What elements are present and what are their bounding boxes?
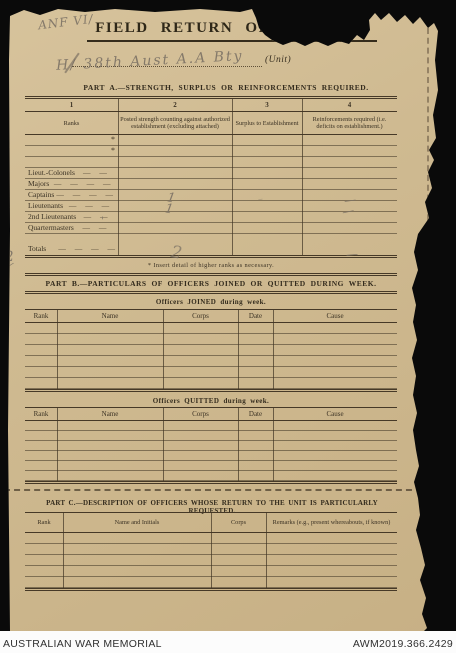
entry-cell — [57, 378, 163, 388]
column-header: Reinforcements required (i.e. deficits o… — [302, 112, 397, 134]
entry-cell — [25, 577, 63, 587]
column-header: Corps — [163, 408, 238, 420]
entry-cell — [118, 135, 232, 145]
entry-cell — [57, 334, 163, 344]
rank-label: 2nd Lieutenants — [28, 212, 76, 222]
column-divider — [118, 99, 119, 255]
higher-rank-asterisk: * — [111, 135, 115, 145]
column-header: Cause — [273, 408, 397, 420]
entry-cell — [25, 421, 57, 430]
column-header: Name — [57, 408, 163, 420]
entry-cell — [238, 471, 273, 480]
rank-label: Lieut.-Colonels — [28, 168, 75, 178]
entry-cell — [163, 356, 238, 366]
column-header: Surplus to Establishment — [232, 112, 302, 134]
entry-cell — [273, 367, 397, 377]
part-a-heading: PART A.—STRENGTH, SURPLUS OR REINFORCEME… — [0, 83, 452, 92]
entry-cell — [63, 544, 211, 554]
entry-cell — [273, 323, 397, 333]
entry-cell — [118, 146, 232, 156]
rank-row: 2nd Lieutenants— — — [25, 212, 397, 223]
column-divider — [57, 408, 58, 481]
part-b-heading-block: PART B.—PARTICULARS OF OFFICERS JOINED O… — [25, 276, 397, 294]
part-b-heading: PART B.—PARTICULARS OF OFFICERS JOINED O… — [25, 276, 397, 291]
entry-cell — [163, 441, 238, 450]
entry-cell — [273, 334, 397, 344]
column-header: Date — [238, 310, 273, 322]
entry-cell — [57, 323, 163, 333]
week-table-title: Officers JOINED during week. — [25, 294, 397, 310]
officers-joined-table: Officers JOINED during week.RankNameCorp… — [25, 294, 397, 392]
column-divider — [57, 310, 58, 389]
column-header: Posted strength counting against authori… — [118, 112, 232, 134]
form-title: FIELD RETURN OF OFFICERS — [87, 20, 377, 42]
column-header: Rank — [25, 513, 63, 532]
totals-row: Totals— — — — — [25, 241, 397, 255]
part-a-footnote: * Insert detail of higher ranks as neces… — [25, 258, 397, 273]
dashed-separator — [4, 489, 422, 491]
entry-cell — [211, 555, 266, 565]
entry-cell — [57, 421, 163, 430]
entry-cell — [273, 378, 397, 388]
dash-leaders: — — — [84, 212, 108, 222]
entry-cell — [163, 367, 238, 377]
column-header: Rank — [25, 310, 57, 322]
rule — [25, 588, 397, 591]
entry-cell — [63, 566, 211, 576]
entry-cell — [211, 577, 266, 587]
rank-label: Lieutenants — [28, 201, 63, 211]
entry-cell — [163, 451, 238, 460]
empty-row — [25, 323, 397, 334]
entry-cell — [118, 168, 232, 178]
entry-cell — [25, 334, 57, 344]
column-divider — [163, 408, 164, 481]
entry-cell — [57, 441, 163, 450]
footer-accession-number: AWM2019.366.2429 — [353, 638, 453, 650]
entry-cell — [118, 201, 232, 211]
part-a-grid: 1234RanksPosted strength counting agains… — [25, 99, 397, 255]
entry-cell — [238, 441, 273, 450]
entry-cell — [238, 451, 273, 460]
rank-label: Captains — [28, 190, 54, 200]
entry-cell — [57, 345, 163, 355]
column-divider — [211, 512, 212, 588]
column-number: 4 — [302, 99, 397, 111]
officers-quitted-table: Officers QUITTED during week.RankNameCor… — [25, 395, 397, 484]
entry-cell — [273, 356, 397, 366]
column-divider — [273, 408, 274, 481]
document-paper: FIELD RETURN OF OFFICERS (Unit) PART A.—… — [0, 0, 456, 631]
column-divider — [302, 99, 303, 255]
rank-cell: Lieut.-Colonels— — — [25, 168, 118, 178]
empty-row — [25, 356, 397, 367]
entry-cell — [266, 566, 397, 576]
higher-rank-asterisk: * — [111, 146, 115, 156]
rank-row: Captains— — — — — [25, 190, 397, 201]
entry-cell — [25, 471, 57, 480]
dash-leaders: — — — [83, 168, 107, 178]
entry-cell — [273, 441, 397, 450]
handwritten-totals-dash: — — [345, 247, 358, 262]
part-a-number-row: 1234 — [25, 99, 397, 112]
dash-leaders: — — — — — [58, 241, 115, 255]
empty-row — [25, 431, 397, 441]
column-header: Rank — [25, 408, 57, 420]
part-c-grid: RankName and InitialsCorpsRemarks (e.g.,… — [25, 512, 397, 588]
entry-cell — [273, 345, 397, 355]
entry-cell — [232, 157, 302, 167]
entry-cell — [163, 345, 238, 355]
entry-cell — [163, 461, 238, 470]
entry-cell — [232, 168, 302, 178]
entry-cell — [57, 356, 163, 366]
entry-cell — [118, 157, 232, 167]
scan-stage: FIELD RETURN OF OFFICERS (Unit) PART A.—… — [0, 0, 456, 653]
entry-cell — [163, 431, 238, 440]
rank-cell: * — [25, 146, 118, 156]
entry-cell — [232, 146, 302, 156]
entry-cell — [238, 367, 273, 377]
entry-cell — [57, 471, 163, 480]
entry-cell — [238, 356, 273, 366]
rank-cell — [25, 157, 118, 167]
empty-row — [25, 367, 397, 378]
entry-cell — [25, 555, 63, 565]
column-header: Remarks (e.g., present whereabouts, if k… — [266, 513, 397, 532]
entry-cell — [232, 212, 302, 222]
entry-cell — [302, 179, 397, 189]
entry-cell — [25, 345, 57, 355]
entry-cell — [238, 323, 273, 333]
totals-gap — [25, 234, 397, 241]
entry-cell — [163, 323, 238, 333]
entry-cell — [238, 461, 273, 470]
entry-cell — [163, 471, 238, 480]
empty-row — [25, 421, 397, 431]
totals-label: Totals — [28, 241, 46, 255]
entry-cell — [266, 533, 397, 543]
entry-cell — [163, 334, 238, 344]
week-table-header-row: RankNameCorpsDateCause — [25, 310, 397, 323]
entry-cell — [25, 431, 57, 440]
footer-bar: AUSTRALIAN WAR MEMORIAL AWM2019.366.2429 — [0, 631, 456, 653]
rank-cell: * — [25, 135, 118, 145]
entry-cell — [232, 241, 302, 255]
rank-cell: Majors— — — — — [25, 179, 118, 189]
entry-cell — [302, 223, 397, 233]
totals-cell: Totals— — — — — [25, 241, 118, 255]
rank-cell: Captains— — — — — [25, 190, 118, 200]
entry-cell — [57, 431, 163, 440]
week-table-title: Officers QUITTED during week. — [25, 395, 397, 408]
entry-cell — [266, 577, 397, 587]
column-divider — [266, 512, 267, 588]
part-a-header-row: RanksPosted strength counting against au… — [25, 112, 397, 135]
entry-cell — [163, 378, 238, 388]
rule — [25, 389, 397, 392]
entry-cell — [25, 566, 63, 576]
entry-cell — [57, 461, 163, 470]
entry-cell — [63, 577, 211, 587]
dash-leaders: — — — — [69, 201, 109, 211]
entry-cell — [63, 555, 211, 565]
handwritten-margin-tick-2: 1 — [3, 204, 13, 218]
rank-label: Majors — [28, 179, 49, 189]
entry-cell — [273, 451, 397, 460]
entry-cell — [63, 533, 211, 543]
handwritten-reinforcements-dash-2: — — [341, 203, 356, 219]
perforation-line — [427, 28, 429, 230]
entry-cell — [57, 451, 163, 460]
column-divider — [273, 310, 274, 389]
rule — [25, 481, 397, 484]
entry-cell — [232, 190, 302, 200]
dash-leaders: — — — — — [54, 179, 111, 189]
week-table-grid: RankNameCorpsDateCause — [25, 408, 397, 481]
column-divider — [232, 99, 233, 255]
rank-cell: Quartermasters— — — [25, 223, 118, 233]
column-number: 2 — [118, 99, 232, 111]
empty-row — [25, 334, 397, 345]
column-header: Name and Initials — [63, 513, 211, 532]
week-table-grid: RankNameCorpsDateCause — [25, 310, 397, 389]
entry-cell — [238, 431, 273, 440]
entry-cell — [238, 345, 273, 355]
entry-cell — [232, 135, 302, 145]
entry-cell — [25, 461, 57, 470]
rank-row — [25, 157, 397, 168]
handwritten-surplus-dash: – — [257, 194, 263, 205]
footer-institution: AUSTRALIAN WAR MEMORIAL — [3, 638, 162, 650]
unit-label: (Unit) — [265, 55, 291, 65]
column-number: 3 — [232, 99, 302, 111]
rank-row: * — [25, 135, 397, 146]
entry-cell — [238, 421, 273, 430]
column-divider — [163, 310, 164, 389]
entry-cell — [273, 431, 397, 440]
entry-cell — [232, 223, 302, 233]
entry-cell — [118, 223, 232, 233]
entry-cell — [163, 421, 238, 430]
entry-cell — [302, 146, 397, 156]
handwritten-apostrophe: ' — [101, 216, 104, 227]
rank-row: Lieut.-Colonels— — — [25, 168, 397, 179]
empty-row — [25, 441, 397, 451]
column-header: Date — [238, 408, 273, 420]
entry-cell — [25, 367, 57, 377]
column-header: Name — [57, 310, 163, 322]
entry-cell — [302, 157, 397, 167]
rank-cell: Lieutenants— — — — [25, 201, 118, 211]
handwritten-margin-note: 2 — [4, 249, 15, 266]
entry-cell — [211, 544, 266, 554]
entry-cell — [25, 378, 57, 388]
entry-cell — [232, 201, 302, 211]
empty-row — [25, 451, 397, 461]
entry-cell — [25, 533, 63, 543]
rank-row: * — [25, 146, 397, 157]
column-number: 1 — [25, 99, 118, 111]
entry-cell — [25, 323, 57, 333]
column-divider — [63, 512, 64, 588]
handwritten-margin-note-slash: ⁄ — [6, 260, 12, 273]
column-divider — [238, 310, 239, 389]
entry-cell — [266, 555, 397, 565]
entry-cell — [302, 135, 397, 145]
handwritten-unit-name: H/ 38th Aust A.A Bty — [56, 48, 244, 74]
empty-row — [25, 471, 397, 481]
entry-cell — [118, 212, 232, 222]
entry-cell — [266, 544, 397, 554]
empty-row — [25, 345, 397, 356]
part-a-section: 1234RanksPosted strength counting agains… — [25, 96, 397, 276]
entry-cell — [238, 378, 273, 388]
empty-row — [25, 378, 397, 389]
entry-cell — [273, 471, 397, 480]
column-header: Cause — [273, 310, 397, 322]
entry-cell — [25, 441, 57, 450]
entry-cell — [238, 334, 273, 344]
rank-row: Quartermasters— — — [25, 223, 397, 234]
column-header: Corps — [163, 310, 238, 322]
part-c-table: RankName and InitialsCorpsRemarks (e.g.,… — [25, 512, 397, 591]
rank-row: Majors— — — — — [25, 179, 397, 190]
entry-cell — [211, 533, 266, 543]
column-header: Corps — [211, 513, 266, 532]
rank-label: Quartermasters — [28, 223, 74, 233]
dash-leaders: — — — — — [56, 190, 113, 200]
entry-cell — [211, 566, 266, 576]
column-header: Ranks — [25, 112, 118, 134]
rank-cell: 2nd Lieutenants— — — [25, 212, 118, 222]
entry-cell — [232, 179, 302, 189]
entry-cell — [25, 544, 63, 554]
entry-cell — [273, 461, 397, 470]
entry-cell — [118, 179, 232, 189]
column-divider — [238, 408, 239, 481]
entry-cell — [273, 421, 397, 430]
entry-cell — [25, 451, 57, 460]
empty-row — [25, 461, 397, 471]
entry-cell — [57, 367, 163, 377]
week-table-header-row: RankNameCorpsDateCause — [25, 408, 397, 421]
entry-cell — [25, 356, 57, 366]
entry-cell — [302, 168, 397, 178]
